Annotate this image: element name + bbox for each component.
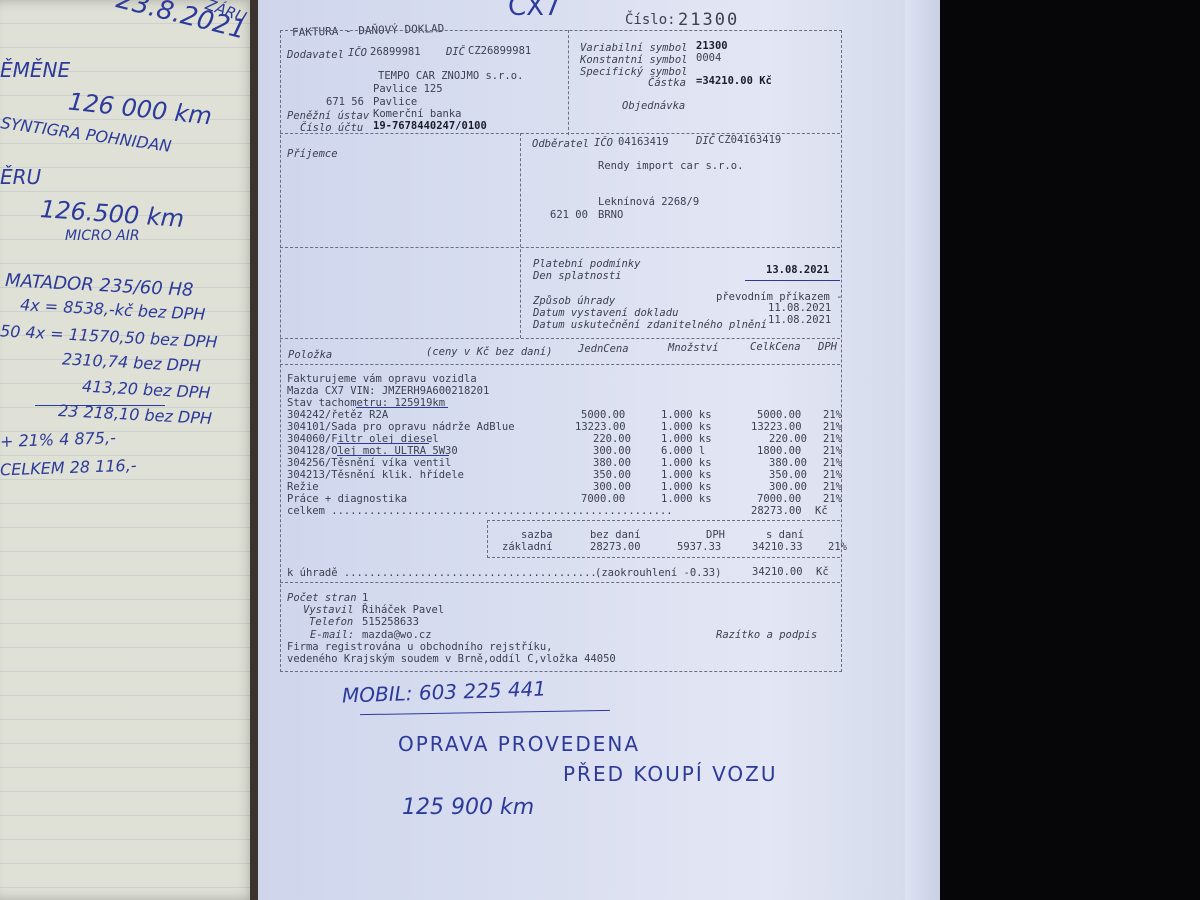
registry-line: Firma registrována u obchodního rejstřík… bbox=[287, 641, 553, 653]
table-row: 304101/Sada pro opravu nádrže AdBlue 132… bbox=[287, 421, 852, 433]
table-total-row: celkem .................................… bbox=[287, 505, 852, 517]
amount-label: Částka bbox=[648, 77, 686, 89]
phone-label: Telefon bbox=[309, 616, 353, 628]
divider bbox=[520, 133, 521, 338]
item-name: Režie bbox=[287, 481, 319, 493]
note-total: CELKEM 28 116,- bbox=[0, 456, 137, 480]
vat-header-with-vat: s daní bbox=[766, 529, 804, 541]
item-name: 304213/Těsnění klik. hřídele bbox=[287, 469, 464, 481]
vat-base: 28273.00 bbox=[590, 541, 641, 553]
divider bbox=[280, 582, 840, 583]
variable-symbol-label: Variabilní symbol bbox=[580, 42, 687, 54]
table-row: 304242/řetěz R2A 5000.00 1.000 ks 5000.0… bbox=[287, 409, 852, 421]
vat-header-vat: DPH bbox=[706, 529, 725, 541]
handwritten-underline bbox=[356, 407, 448, 408]
issued-by: Řiháček Pavel bbox=[362, 604, 444, 616]
notebook-page: 23.8.2021 ZÁRU ĚMĚNE 126 000 km SYNTIGRA… bbox=[0, 0, 258, 900]
item-unit-price: 350.00 bbox=[593, 469, 631, 481]
item-vat: 21% bbox=[823, 469, 842, 481]
rounding: (zaokrouhlení -0.33) bbox=[595, 567, 721, 579]
account-number: 19-7678440247/0100 bbox=[373, 120, 487, 132]
note-text: 23 218,10 bez DPH bbox=[58, 401, 213, 428]
supplier-name: TEMPO CAR ZNOJMO s.r.o. bbox=[378, 70, 523, 82]
notebook-spine bbox=[250, 0, 258, 900]
customer-ico: 04163419 bbox=[618, 136, 669, 148]
note-text: + 21% 4 875,- bbox=[0, 428, 116, 451]
item-unit-price: 13223.00 bbox=[575, 421, 626, 433]
col-vat: DPH bbox=[818, 341, 837, 353]
pages-label: Počet stran bbox=[287, 592, 357, 604]
recipient-label: Příjemce bbox=[287, 148, 338, 160]
item-unit-price: 7000.00 bbox=[581, 493, 625, 505]
item-quantity: 1.000 ks bbox=[661, 433, 712, 445]
divider bbox=[280, 247, 840, 248]
supplier-zip: 671 56 bbox=[326, 96, 364, 108]
to-pay-currency: Kč bbox=[816, 566, 829, 578]
total-label: celkem .................................… bbox=[287, 505, 673, 517]
divider bbox=[487, 520, 488, 558]
vat-percent: 21% bbox=[828, 541, 847, 553]
item-name: 304101/Sada pro opravu nádrže AdBlue bbox=[287, 421, 515, 433]
supplier-street: Pavlice 125 bbox=[373, 83, 443, 95]
email: mazda@wo.cz bbox=[362, 629, 432, 641]
taxable-date-label: Datum uskutečnění zdanitelného plnění bbox=[533, 319, 767, 331]
item-unit-price: 300.00 bbox=[593, 445, 631, 457]
note-mileage: 126 000 km bbox=[67, 88, 213, 131]
issue-date-label: Datum vystavení dokladu bbox=[533, 307, 678, 319]
phone: 515258633 bbox=[362, 616, 419, 628]
customer-ico-label: IČO bbox=[594, 137, 613, 149]
col-item: Položka bbox=[288, 349, 332, 361]
order-label: Objednávka bbox=[622, 100, 685, 112]
total-currency: Kč bbox=[815, 505, 828, 517]
vat-header-base: bez daní bbox=[590, 529, 641, 541]
item-total: 350.00 bbox=[769, 469, 807, 481]
email-label: E-mail: bbox=[310, 629, 354, 641]
item-unit-price: 220.00 bbox=[593, 433, 631, 445]
note-text: 2310,74 bez DPH bbox=[62, 349, 202, 375]
table-row: Práce + diagnostika 7000.00 1.000 ks 700… bbox=[287, 493, 852, 505]
supplier-ico-label: IČO bbox=[348, 47, 367, 59]
customer-label: Odběratel bbox=[532, 138, 589, 150]
vat-amount: 5937.33 bbox=[677, 541, 721, 553]
customer-dic: CZ04163419 bbox=[718, 134, 781, 146]
variable-symbol: 21300 bbox=[696, 40, 728, 52]
item-quantity: 1.000 ks bbox=[661, 469, 712, 481]
item-unit-price: 300.00 bbox=[593, 481, 631, 493]
taxable-date: 11.08.2021 bbox=[768, 314, 831, 326]
item-total: 380.00 bbox=[769, 457, 807, 469]
payment-method-label: Způsob úhrady bbox=[533, 295, 615, 307]
supplier-dic-label: DIČ bbox=[446, 46, 465, 58]
item-quantity: 1.000 ks bbox=[661, 481, 712, 493]
table-row: 304256/Těsnění víka ventil 380.00 1.000 … bbox=[287, 457, 852, 469]
total-value: 28273.00 bbox=[751, 505, 802, 517]
divider bbox=[568, 30, 569, 135]
supplier-label: Dodavatel bbox=[287, 49, 344, 61]
vat-rate: základní bbox=[502, 541, 553, 553]
item-quantity: 1.000 ks bbox=[661, 457, 712, 469]
item-unit-price: 5000.00 bbox=[581, 409, 625, 421]
item-total: 220.00 bbox=[769, 433, 807, 445]
col-quantity: Množství bbox=[668, 342, 719, 354]
supplier-ico: 26899981 bbox=[370, 46, 421, 58]
registry-line: vedeného Krajským soudem v Brně,oddíl C,… bbox=[287, 653, 616, 665]
item-vat: 21% bbox=[823, 409, 842, 421]
handwritten-note: PŘED KOUPÍ VOZU bbox=[563, 762, 777, 786]
issue-date: 11.08.2021 bbox=[768, 302, 831, 314]
item-total: 300.00 bbox=[769, 481, 807, 493]
constant-symbol-label: Konstantní symbol bbox=[580, 54, 687, 66]
customer-name: Rendy import car s.r.o. bbox=[598, 160, 743, 172]
handwritten-model: CX7 bbox=[508, 0, 561, 22]
supplier-dic: CZ26899981 bbox=[468, 45, 531, 57]
customer-zip: 621 00 bbox=[550, 209, 588, 221]
amount-value: =34210.00 Kč bbox=[696, 75, 772, 87]
vat-header-rate: sazba bbox=[521, 529, 553, 541]
note-text: ĚRU bbox=[0, 165, 41, 189]
vehicle-vin: Mazda CX7 VIN: JMZERH9A600218201 bbox=[287, 385, 489, 397]
item-total: 7000.00 bbox=[757, 493, 801, 505]
item-vat: 21% bbox=[823, 433, 842, 445]
item-vat: 21% bbox=[823, 421, 842, 433]
to-pay-amount: 34210.00 bbox=[752, 566, 803, 578]
item-quantity: 6.000 l bbox=[661, 445, 705, 457]
note-text: 413,20 bez DPH bbox=[82, 377, 211, 403]
pages-count: 1 bbox=[362, 592, 368, 604]
vat-with-vat: 34210.33 bbox=[752, 541, 803, 553]
note-text: ĚMĚNE bbox=[0, 58, 70, 82]
col-unit-price: JednCena bbox=[578, 343, 629, 355]
col-total: CelkCena bbox=[750, 341, 801, 353]
bank-label: Peněžní ústav bbox=[287, 110, 369, 122]
customer-street: Leknínová 2268/9 bbox=[598, 196, 699, 208]
col-note: (ceny v Kč bez daní) bbox=[426, 346, 552, 358]
due-date: 13.08.2021 bbox=[766, 264, 829, 276]
item-total: 1800.00 bbox=[757, 445, 801, 457]
customer-dic-label: DIČ bbox=[696, 135, 715, 147]
customer-city: BRNO bbox=[598, 209, 623, 221]
item-quantity: 1.000 ks bbox=[661, 409, 712, 421]
bank-name: Komerční banka bbox=[373, 108, 462, 120]
handwritten-note: OPRAVA PROVEDENA bbox=[398, 732, 640, 756]
item-vat: 21% bbox=[823, 481, 842, 493]
item-vat: 21% bbox=[823, 457, 842, 469]
item-total: 13223.00 bbox=[751, 421, 802, 433]
table-row: Režie 300.00 1.000 ks 300.00 21% bbox=[287, 481, 852, 493]
handwritten-underline bbox=[337, 455, 449, 456]
intro-line: Fakturujeme vám opravu vozidla bbox=[287, 373, 477, 385]
item-name: 304256/Těsnění víka ventil bbox=[287, 457, 451, 469]
paper-stack-edge bbox=[905, 0, 940, 900]
stamp-signature-label: Razítko a podpis bbox=[716, 629, 817, 641]
item-vat: 21% bbox=[823, 445, 842, 457]
supplier-city: Pavlice bbox=[373, 96, 417, 108]
handwritten-underline bbox=[745, 280, 840, 281]
handwritten-mileage: 125 900 km bbox=[402, 795, 534, 820]
divider bbox=[280, 364, 840, 365]
invoice-number: 21300 bbox=[678, 10, 739, 30]
item-name: Práce + diagnostika bbox=[287, 493, 407, 505]
item-unit-price: 380.00 bbox=[593, 457, 631, 469]
to-pay-label: k úhradě ...............................… bbox=[287, 567, 597, 579]
invoice-number-label: Číslo: bbox=[625, 12, 676, 28]
table-row: 304213/Těsnění klik. hřídele 350.00 1.00… bbox=[287, 469, 852, 481]
note-text: 50 4x = 11570,50 bez DPH bbox=[0, 321, 218, 351]
item-total: 5000.00 bbox=[757, 409, 801, 421]
divider bbox=[280, 338, 840, 339]
issued-by-label: Vystavil bbox=[303, 604, 354, 616]
constant-symbol: 0004 bbox=[696, 52, 721, 64]
item-name: 304242/řetěz R2A bbox=[287, 409, 388, 421]
due-date-label: Den splatnosti bbox=[533, 270, 622, 282]
payment-terms-label: Platební podmínky bbox=[533, 258, 640, 270]
handwritten-underline bbox=[337, 443, 429, 444]
item-vat: 21% bbox=[823, 493, 842, 505]
divider bbox=[487, 557, 840, 558]
account-label: Číslo účtu bbox=[300, 122, 363, 134]
divider bbox=[487, 520, 840, 521]
item-quantity: 1.000 ks bbox=[661, 493, 712, 505]
item-quantity: 1.000 ks bbox=[661, 421, 712, 433]
note-text: MICRO AIR bbox=[65, 228, 140, 244]
